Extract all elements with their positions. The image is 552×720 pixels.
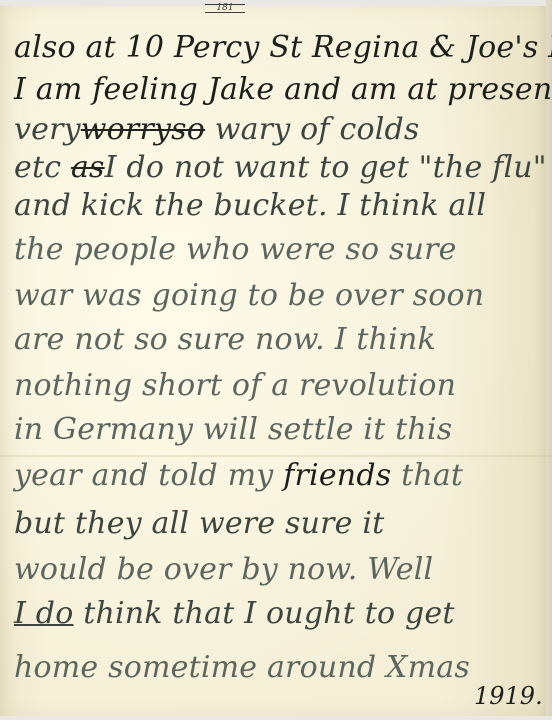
letter-line-6: the people who were so sure (14, 232, 457, 267)
line-3-prefix: very (14, 112, 81, 147)
struck-word: as (71, 150, 105, 185)
year-signature: 1919. (474, 682, 543, 710)
scan-border-top (0, 0, 552, 6)
letter-line-9: nothing short of a revolution (14, 368, 456, 403)
line-11-prefix: year and told my (14, 458, 283, 493)
letter-line-14: I do think that I ought to get (14, 596, 455, 631)
letter-line-10: in Germany will settle it this (14, 412, 452, 447)
line-11-rest: that (391, 458, 463, 493)
letter-line-7: war was going to be over soon (14, 278, 484, 313)
letter-line-15: home sometime around Xmas (14, 650, 470, 685)
line-4-prefix: etc (14, 150, 71, 185)
letter-line-12: but they all were sure it (14, 506, 384, 541)
page-number: 181 (205, 4, 245, 13)
letter-line-11: year and told my friends that (14, 458, 463, 493)
letter-line-1: also at 10 Percy St Regina & Joe's Lab. (14, 30, 552, 65)
underlined-phrase: I do (14, 596, 73, 631)
line-3-rest: wary of colds (205, 112, 420, 147)
paper-fold (0, 455, 552, 457)
letter-line-2: I am feeling Jake and am at present (14, 72, 552, 107)
letter-line-8: are not so sure now. I think (14, 322, 436, 357)
letter-line-4: etc asI do not want to get "the flu" (14, 150, 547, 185)
line-4-rest: I do not want to get "the flu" (105, 150, 547, 185)
scan-border-bottom (0, 716, 552, 720)
letter-line-13: would be over by now. Well (14, 552, 433, 587)
letter-line-3: veryworryso wary of colds (14, 112, 420, 147)
letter-line-5: and kick the bucket. I think all (14, 188, 486, 223)
line-14-rest: think that I ought to get (73, 596, 454, 631)
overwritten-word: friends (283, 458, 391, 493)
struck-word: worryso (81, 112, 205, 147)
letter-page: 181 also at 10 Percy St Regina & Joe's L… (0, 0, 552, 720)
scan-border-right (546, 0, 552, 720)
